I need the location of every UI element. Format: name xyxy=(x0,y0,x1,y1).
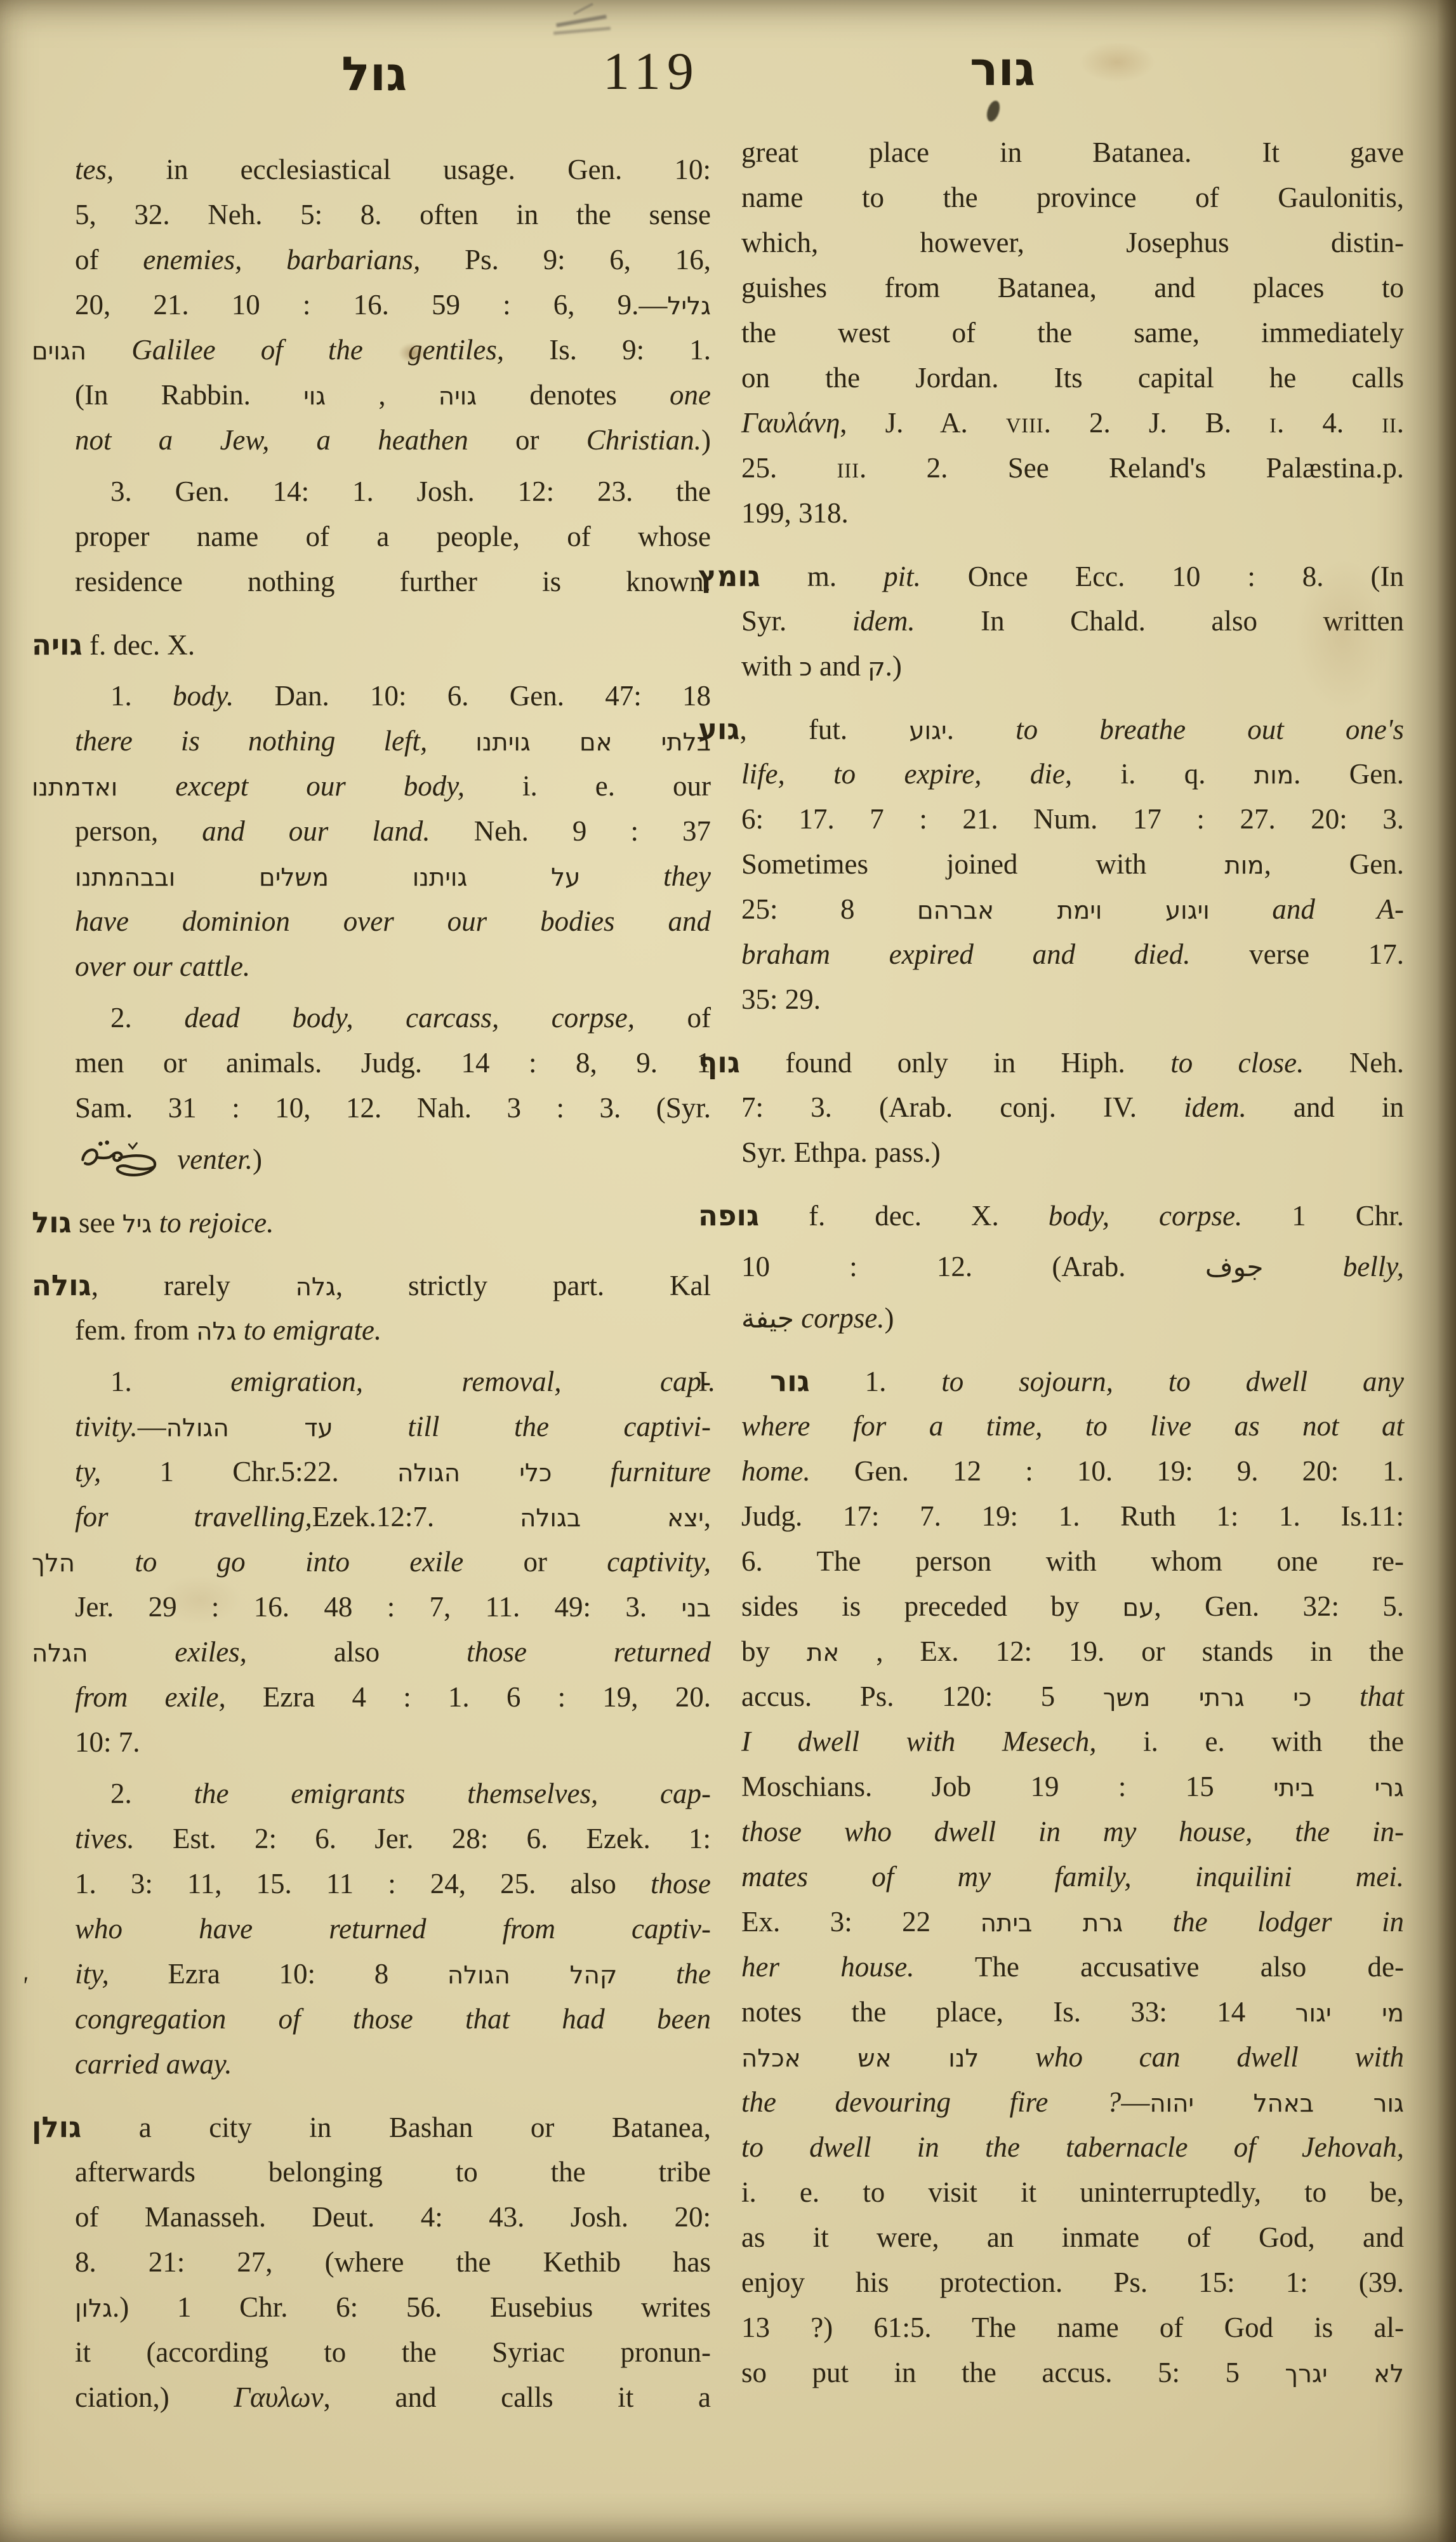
text-segment: The accusative also de- xyxy=(914,1951,1404,1983)
text-line: from exile, Ezra 4 : 1. 6 : 19, 20. xyxy=(75,1675,711,1720)
text-line: 199, 318. xyxy=(741,491,1404,536)
italic-text: captivity, xyxy=(607,1546,711,1578)
text-line: ciation,) Γαυλων, and calls it a xyxy=(75,2375,711,2420)
text-line: person, and our land. Neh. 9 : 37 xyxy=(75,809,711,854)
italic-text: body. xyxy=(173,680,234,712)
text-line: the west of the same, immediately xyxy=(741,310,1404,356)
italic-text: to emigrate. xyxy=(244,1314,381,1346)
text-segment xyxy=(152,1207,159,1239)
text-line: afterwards belonging to the tribe xyxy=(75,2150,711,2195)
italic-text: to breathe out one's xyxy=(1016,714,1404,745)
text-segment: 7: 3. (Arab. conj. IV. xyxy=(741,1091,1184,1123)
italic-text: and A- xyxy=(1272,893,1404,925)
text-line: לנו אש אכלה who can dwell with xyxy=(741,2035,1404,2080)
hebrew-text: בלתי אם גויתנו xyxy=(475,728,711,757)
text-line: on the Jordan. Its capital he calls xyxy=(741,356,1404,401)
roman-numeral: III xyxy=(837,460,859,482)
text-segment xyxy=(1264,1251,1343,1282)
text-segment: men or animals. Judg. 14 : 8, 9. 1 xyxy=(75,1047,711,1079)
italic-text: the devouring fire ? xyxy=(741,2086,1121,2118)
text-segment: Neh. 9 : 37 xyxy=(430,815,711,847)
text-segment xyxy=(1210,893,1272,925)
arabic-text: جيفة xyxy=(741,1303,794,1334)
text-line: 20, 21. 10 : 16. 59 : 6, 9.—גליל xyxy=(75,283,711,328)
text-line: הגוים Galilee of the gentiles, Is. 9: 1. xyxy=(32,328,711,373)
hebrew-text: גלה xyxy=(196,1317,236,1346)
hebrew-text: לנו אש אכלה xyxy=(741,2044,979,2073)
italic-text: body, corpse. xyxy=(1049,1200,1242,1232)
text-segment: 35: 29. xyxy=(741,983,821,1015)
text-segment: great place in Batanea. It gave xyxy=(741,136,1404,168)
text-segment xyxy=(333,1411,408,1442)
text-line: גויה f. dec. X. xyxy=(32,622,711,667)
text-segment: residence nothing further is known. xyxy=(75,566,711,597)
text-segment: by xyxy=(741,1635,807,1667)
hebrew-text: את xyxy=(807,1639,839,1667)
text-line: 1. 3: 11, 15. 11 : 24, 25. also those xyxy=(75,1861,711,1906)
text-line: tes, in ecclesiastical usage. Gen. 10: xyxy=(75,147,711,192)
text-segment: Ezek.12:7. xyxy=(312,1501,520,1533)
text-line: men or animals. Judg. 14 : 8, 9. 1 xyxy=(75,1041,711,1086)
pencil-smudge xyxy=(553,27,611,35)
text-segment: , Gen. xyxy=(1264,848,1404,880)
text-segment: or xyxy=(468,424,586,456)
italic-text: those who dwell in my house, the in- xyxy=(741,1816,1404,1847)
text-segment: 6: 17. 7 : 21. Num. 17 : 27. 20: 3. xyxy=(741,803,1404,835)
text-segment xyxy=(580,860,663,892)
text-segment: 2. xyxy=(110,1778,194,1809)
text-segment: Jer. 29 : 16. 48 : 7, 11. 49: 3. xyxy=(75,1591,681,1623)
text-line: to dwell in the tabernacle of Jehovah, xyxy=(741,2125,1404,2170)
roman-numeral: II xyxy=(1382,415,1397,437)
text-segment xyxy=(1311,1680,1360,1712)
text-line: גומץ m. pit. Once Ecc. 10 : 8. (In xyxy=(698,554,1404,599)
text-segment xyxy=(617,1958,676,1990)
text-segment: of xyxy=(75,244,143,276)
right-column: great place in Batanea. It gavename to t… xyxy=(741,130,1404,2395)
italic-text: to rejoice. xyxy=(159,1207,274,1239)
italic-text: who can dwell with xyxy=(1035,2041,1404,2073)
text-line: have dominion over our bodies and xyxy=(75,899,711,944)
text-line: mates of my family, inquilini mei. xyxy=(741,1854,1404,1900)
italic-text: furniture xyxy=(611,1456,711,1487)
hebrew-text: כלי הגולה xyxy=(397,1459,552,1487)
hebrew-headword: גול xyxy=(32,1206,72,1239)
text-segment: 5, 32. Neh. 5: 8. often in the sense xyxy=(75,199,711,230)
text-line: as it were, an inmate of God, and xyxy=(741,2215,1404,2260)
italic-text: the lodger in xyxy=(1173,1906,1404,1938)
greek-text: Γαυλων xyxy=(234,2381,323,2413)
italic-text: till the captivi- xyxy=(407,1411,711,1442)
text-segment: found only in Hiph. xyxy=(740,1047,1170,1079)
text-line: tivity.—עד הגולה till the captivi- xyxy=(75,1404,711,1449)
text-segment: afterwards belonging to the tribe xyxy=(75,2156,711,2188)
text-line: 10 : 12. (Arab. جوف belly, xyxy=(741,1244,1404,1289)
text-segment: .) xyxy=(885,650,902,682)
text-segment: Neh. xyxy=(1304,1047,1404,1079)
italic-text: except our body, xyxy=(175,770,465,802)
text-segment: person, xyxy=(75,815,202,847)
italic-text: those returned xyxy=(467,1636,711,1668)
text-segment xyxy=(552,1456,610,1487)
text-line: of Manasseh. Deut. 4: 43. Josh. 20: xyxy=(75,2195,711,2240)
text-line: 5, 32. Neh. 5: 8. often in the sense xyxy=(75,192,711,237)
text-line: I. גור 1. to sojourn, to dwell any xyxy=(698,1359,1404,1404)
text-segment: 2. xyxy=(110,1002,184,1034)
italic-text: Christian. xyxy=(586,424,701,456)
text-segment: — xyxy=(1121,2086,1149,2118)
italic-text: those xyxy=(651,1868,711,1900)
stray-mark: ' xyxy=(22,1971,27,2000)
hebrew-text: עד הגולה xyxy=(166,1414,333,1442)
text-line: notes the place, Is. 33: 14 מי יגור xyxy=(741,1990,1404,2035)
text-segment: accus. Ps. 120: 5 xyxy=(741,1680,1103,1712)
text-line: tives. Est. 2: 6. Jer. 28: 6. Ezek. 1: xyxy=(75,1816,711,1861)
text-segment: 3. Gen. 14: 1. Josh. 12: 23. the xyxy=(110,476,711,507)
text-line: גול see גיל to rejoice. xyxy=(32,1200,711,1245)
text-segment: I. xyxy=(698,1366,770,1397)
text-line: גוע, fut. יגוע. to breathe out one's xyxy=(698,707,1404,752)
hebrew-text: ואדמתנו xyxy=(32,773,117,802)
text-segment: , strictly part. Kal xyxy=(336,1270,711,1301)
text-segment: in ecclesiastical usage. Gen. 10: xyxy=(114,154,711,185)
hebrew-text: גיל xyxy=(122,1210,152,1239)
page-edge-shadow xyxy=(1437,0,1456,2542)
italic-text: to close. xyxy=(1170,1047,1304,1079)
text-line: הגלה exiles, also those returned xyxy=(32,1630,711,1675)
text-line: it (according to the Syriac pronun- xyxy=(75,2330,711,2375)
text-segment: 20, 21. 10 : 16. 59 : 6, 9.— xyxy=(75,289,667,321)
text-segment: m. xyxy=(760,561,884,592)
italic-text: I dwell with Mesech, xyxy=(741,1726,1097,1757)
text-line: جيفة corpse.) xyxy=(741,1296,1404,1341)
greek-text: Γαυλάνη xyxy=(741,407,840,439)
text-line: the devouring fire ?—גור באהל יהוה xyxy=(741,2080,1404,2125)
hebrew-text: יצא בגולה xyxy=(520,1504,704,1533)
text-segment xyxy=(979,2041,1035,2073)
text-segment: i. e. with the xyxy=(1097,1726,1404,1757)
text-line: הלך to go into exile or captivity, xyxy=(32,1540,711,1585)
text-segment: on the Jordan. Its capital he calls xyxy=(741,362,1404,394)
text-line: there is nothing left, בלתי אם גויתנו xyxy=(75,719,711,764)
hebrew-text: קהל הגולה xyxy=(447,1961,617,1990)
text-segment: 25. xyxy=(741,452,837,484)
text-line: enjoy his protection. Ps. 15: 1: (39. xyxy=(741,2260,1404,2305)
text-line: by את , Ex. 12: 19. or stands in the xyxy=(741,1629,1404,1674)
text-segment: Ezra 10: 8 xyxy=(109,1958,447,1990)
text-segment: of xyxy=(635,1002,711,1034)
pencil-smudge xyxy=(556,15,607,27)
text-line: Sometimes joined with מות, Gen. xyxy=(741,842,1404,887)
hebrew-text: הגוים xyxy=(32,337,86,366)
text-line: i. e. to visit it uninterruptedly, to be… xyxy=(741,2170,1404,2215)
text-segment: 13 ?) 61:5. The name of God is al- xyxy=(741,2312,1404,2343)
hebrew-text: גור באהל יהוה xyxy=(1149,2089,1404,2118)
text-segment: Gen. 12 : 10. 19: 9. 20: 1. xyxy=(811,1455,1404,1487)
italic-text: tivity. xyxy=(75,1411,138,1442)
text-line: congregation of those that had been xyxy=(75,1997,711,2042)
text-line: residence nothing further is known. xyxy=(75,559,711,604)
book-page: גול 119 גור tes, in ecclesiastical usage… xyxy=(0,0,1456,2542)
text-segment: verse 17. xyxy=(1190,938,1404,970)
text-line: over our cattle. xyxy=(75,944,711,989)
text-line: Γαυλάνη, J. A. VIII. 2. J. B. I. 4. II. xyxy=(741,401,1404,446)
text-segment: or xyxy=(463,1546,607,1578)
text-segment: , and calls it a xyxy=(324,2381,711,2413)
hebrew-headword: גופה xyxy=(698,1199,759,1232)
italic-text: carried away. xyxy=(75,2048,232,2080)
text-segment: and in xyxy=(1247,1091,1404,1123)
text-line: life, to expire, die, i. q. מות. Gen. xyxy=(741,752,1404,797)
text-line: 8. 21: 27, (where the Kethib has xyxy=(75,2240,711,2285)
text-line: Moschians. Job 19 : 15 גרי ביתי xyxy=(741,1764,1404,1809)
text-segment: see xyxy=(72,1207,122,1239)
text-segment: f. dec. X. xyxy=(83,629,195,661)
text-line: Ex. 3: 22 גרת ביתה the lodger in xyxy=(741,1900,1404,1945)
hebrew-text: גרת ביתה xyxy=(981,1909,1123,1938)
text-line: 2. the emigrants themselves, cap- xyxy=(110,1771,711,1816)
italic-text: over our cattle. xyxy=(75,950,250,982)
text-segment: — xyxy=(138,1411,166,1442)
text-segment: . 2. J. B. xyxy=(1044,407,1269,439)
hebrew-headword: גויה xyxy=(32,628,83,662)
text-line: 10: 7. xyxy=(75,1720,711,1765)
text-segment: , Ex. 12: 19. or stands in the xyxy=(839,1635,1404,1667)
text-line: those who dwell in my house, the in- xyxy=(741,1809,1404,1854)
text-segment: 1. xyxy=(110,680,173,712)
text-segment: Once Ecc. 10 : 8. (In xyxy=(921,561,1404,592)
hebrew-text: הלך xyxy=(32,1549,75,1578)
text-segment: , Gen. 32: 5. xyxy=(1154,1590,1404,1622)
italic-text: to dwell in the tabernacle of Jehovah, xyxy=(741,2131,1404,2163)
text-line: home. Gen. 12 : 10. 19: 9. 20: 1. xyxy=(741,1449,1404,1494)
italic-text: Galilee of the gentiles, xyxy=(131,334,504,366)
text-segment: ) xyxy=(884,1302,894,1334)
text-segment: a city in Bashan or Batanea, xyxy=(81,2112,711,2143)
italic-text: not a Jew, a heathen xyxy=(75,424,468,456)
hebrew-headword: גולה xyxy=(32,1268,91,1302)
hebrew-text: גליל xyxy=(667,292,711,321)
text-line: 35: 29. xyxy=(741,977,1404,1022)
text-line: 6. The person with whom one re- xyxy=(741,1539,1404,1584)
text-segment xyxy=(1123,1906,1172,1938)
text-segment: 6. The person with whom one re- xyxy=(741,1545,1404,1577)
text-segment: Est. 2: 6. Jer. 28: 6. Ezek. 1: xyxy=(135,1823,711,1854)
text-segment: Syr. xyxy=(741,605,852,637)
italic-text: belly, xyxy=(1343,1251,1404,1282)
fox-stain xyxy=(1079,42,1155,83)
roman-numeral: VIII xyxy=(1006,415,1044,437)
italic-text: dead body, carcass, corpse, xyxy=(184,1002,635,1034)
italic-text: to sojourn, to dwell any xyxy=(941,1366,1404,1397)
text-segment: proper name of a people, of whose xyxy=(75,521,711,552)
italic-text: enemies, barbarians, xyxy=(143,244,420,276)
text-segment xyxy=(75,1546,135,1578)
text-segment: the west of the same, immediately xyxy=(741,317,1404,349)
text-segment: 199, 318. xyxy=(741,497,849,529)
italic-text: exiles, xyxy=(175,1636,247,1668)
text-line: which, however, Josephus distin- xyxy=(741,220,1404,265)
italic-text: life, to expire, die, xyxy=(741,758,1072,790)
text-line: accus. Ps. 120: 5 כי גרתי משך that xyxy=(741,1674,1404,1719)
italic-text: and our land. xyxy=(202,815,430,847)
italic-text: home. xyxy=(741,1455,811,1487)
italic-text: have dominion over our bodies and xyxy=(75,905,711,937)
text-line: גלון.) 1 Chr. 6: 56. Eusebius writes xyxy=(75,2285,711,2330)
italic-text: to go into exile xyxy=(135,1546,463,1578)
text-segment: Dan. 10: 6. Gen. 47: 18 xyxy=(234,680,711,712)
text-segment: 10: 7. xyxy=(75,1726,140,1758)
hebrew-text: גויה xyxy=(439,382,477,411)
text-segment xyxy=(236,1314,243,1346)
text-segment: . Gen. xyxy=(1294,758,1404,790)
text-segment: Ex. 3: 22 xyxy=(741,1906,981,1938)
text-segment: of Manasseh. Deut. 4: 43. Josh. 20: xyxy=(75,2201,711,2233)
hebrew-text: לא יגרך xyxy=(1285,2360,1404,2388)
running-head-left-hebrew: גול xyxy=(341,47,407,102)
text-segment xyxy=(88,1636,175,1668)
text-line: גופה f. dec. X. body, corpse. 1 Chr. xyxy=(698,1193,1404,1238)
text-segment: , J. A. xyxy=(840,407,1006,439)
text-segment: fem. from xyxy=(75,1314,196,1346)
hebrew-text: יגוע xyxy=(909,717,946,745)
hebrew-text: גרי ביתי xyxy=(1273,1774,1404,1802)
italic-text: congregation of those that had been xyxy=(75,2003,711,2035)
pencil-smudge xyxy=(573,3,593,15)
text-line: fem. from גלה to emigrate. xyxy=(75,1308,711,1353)
text-segment: . xyxy=(947,714,1016,745)
hebrew-text: מות xyxy=(1254,761,1294,790)
text-line: Syr. idem. In Chald. also written xyxy=(741,599,1404,644)
text-segment: 1. xyxy=(110,1366,230,1397)
text-segment: and xyxy=(812,650,868,682)
arabic-text: جوف xyxy=(1205,1251,1264,1282)
text-line: Jer. 29 : 16. 48 : 7, 11. 49: 3. בני xyxy=(75,1585,711,1630)
hebrew-text: ק xyxy=(868,653,885,682)
italic-text: for travelling, xyxy=(75,1501,312,1533)
text-segment: , fut. xyxy=(740,714,910,745)
text-line: ity, Ezra 10: 8 קהל הגולה the xyxy=(75,1952,711,1997)
text-line: 25: 8 ויגוע וימת אברהם and A- xyxy=(741,887,1404,932)
text-segment: , xyxy=(704,1501,711,1533)
text-segment: 1 Chr. xyxy=(1242,1200,1404,1232)
italic-text: who have returned from captiv- xyxy=(75,1913,711,1945)
text-segment: sides is preceded by xyxy=(741,1590,1123,1622)
text-segment: with xyxy=(741,650,799,682)
hebrew-text: ויגוע וימת אברהם xyxy=(917,896,1210,925)
text-line: 25. III. 2. See Reland's Palæstina.p. xyxy=(741,446,1404,491)
text-segment: 1. 3: 11, 15. 11 : 24, 25. also xyxy=(75,1868,651,1900)
italic-text: idem. xyxy=(852,605,915,637)
hebrew-text: גוי xyxy=(303,382,326,411)
text-segment xyxy=(427,725,475,757)
text-line: not a Jew, a heathen or Christian.) xyxy=(75,418,711,463)
italic-text: that xyxy=(1360,1680,1404,1712)
text-segment: also xyxy=(247,1636,467,1668)
text-line: who have returned from captiv- xyxy=(75,1906,711,1952)
italic-text: tives. xyxy=(75,1823,135,1854)
text-segment: Sometimes joined with xyxy=(741,848,1224,880)
text-line: Sam. 31 : 10, 12. Nah. 3 : 3. (Syr. xyxy=(75,1086,711,1131)
text-line: 3. Gen. 14: 1. Josh. 12: 23. the xyxy=(110,469,711,514)
italic-text: pit. xyxy=(884,561,921,592)
text-line: name to the province of Gaulonitis, xyxy=(741,175,1404,220)
text-line: 2. dead body, carcass, corpse, of xyxy=(110,995,711,1041)
ink-blot-icon xyxy=(984,99,1002,123)
text-segment xyxy=(117,770,175,802)
hebrew-headword: גולן xyxy=(32,2110,81,2144)
italic-text: one xyxy=(670,379,711,411)
text-segment: it (according to the Syriac pronun- xyxy=(75,2336,711,2368)
text-segment: ) xyxy=(701,424,711,456)
italic-text: from exile, xyxy=(75,1681,226,1713)
text-line: carried away. xyxy=(75,2042,711,2087)
text-line: על גויתנו משלים ובבהמתנו they xyxy=(75,854,711,899)
italic-text: corpse. xyxy=(801,1302,884,1334)
text-segment: i. e. to visit it uninterruptedly, to be… xyxy=(741,2176,1404,2208)
text-line: braham expired and died. verse 17. xyxy=(741,932,1404,977)
syriac-word xyxy=(75,1143,177,1175)
text-line: 1. emigration, removal, cap- xyxy=(110,1359,711,1404)
text-line: 6: 17. 7 : 21. Num. 17 : 27. 20: 3. xyxy=(741,797,1404,842)
text-line: for travelling,Ezek.12:7. יצא בגולה, xyxy=(75,1494,711,1540)
text-line: great place in Batanea. It gave xyxy=(741,130,1404,175)
text-line: ואדמתנו except our body, i. e. our xyxy=(32,764,711,809)
text-segment: . xyxy=(1397,407,1404,439)
text-line: Syr. Ethpa. pass.) xyxy=(741,1130,1404,1175)
hebrew-text: מות xyxy=(1224,851,1264,880)
text-segment: i. q. xyxy=(1072,758,1254,790)
hebrew-text: מי יגור xyxy=(1295,1999,1404,2028)
text-line: 7: 3. (Arab. conj. IV. idem. and in xyxy=(741,1085,1404,1130)
hebrew-text: עם xyxy=(1123,1594,1155,1622)
text-segment: Is. 9: 1. xyxy=(504,334,711,366)
text-segment: denotes xyxy=(477,379,670,411)
text-segment: Ps. 9: 6, 16, xyxy=(420,244,711,276)
left-column: tes, in ecclesiastical usage. Gen. 10:5,… xyxy=(75,147,711,2420)
italic-text: ty, xyxy=(75,1456,101,1487)
text-segment: 1. xyxy=(810,1366,942,1397)
text-segment: .) 1 Chr. 6: 56. Eusebius writes xyxy=(112,2291,711,2323)
text-segment: 1 Chr.5:22. xyxy=(101,1456,397,1487)
text-line: sides is preceded by עם, Gen. 32: 5. xyxy=(741,1584,1404,1629)
text-line: גוף found only in Hiph. to close. Neh. xyxy=(698,1040,1404,1085)
text-line: proper name of a people, of whose xyxy=(75,514,711,559)
text-line: her house. The accusative also de- xyxy=(741,1945,1404,1990)
text-segment: so put in the accus. 5: 5 xyxy=(741,2357,1285,2388)
text-segment: 8. 21: 27, (where the Kethib has xyxy=(75,2246,711,2278)
hebrew-headword: גור xyxy=(770,1364,810,1398)
italic-text: where for a time, to live as not at xyxy=(741,1410,1404,1442)
text-segment: 25: 8 xyxy=(741,893,917,925)
text-line: 13 ?) 61:5. The name of God is al- xyxy=(741,2305,1404,2350)
hebrew-headword: גוף xyxy=(698,1046,740,1079)
italic-text: ity, xyxy=(75,1958,109,1990)
running-head-right-hebrew: גור xyxy=(970,42,1035,96)
text-segment xyxy=(794,1302,801,1334)
text-segment: (In Rabbin. xyxy=(75,379,303,411)
text-segment: guishes from Batanea, and places to xyxy=(741,272,1404,303)
text-segment: Judg. 17: 7. 19: 1. Ruth 1: 1. Is.11: xyxy=(741,1500,1404,1532)
hebrew-text: גלה xyxy=(296,1273,336,1301)
text-segment: notes the place, Is. 33: 14 xyxy=(741,1996,1295,2028)
text-segment: . 2. See Reland's Palæstina.p. xyxy=(859,452,1404,484)
text-segment: ) xyxy=(253,1143,262,1175)
text-line: where for a time, to live as not at xyxy=(741,1404,1404,1449)
hebrew-text: כ xyxy=(799,653,812,682)
text-segment xyxy=(86,334,131,366)
roman-numeral: I xyxy=(1269,415,1277,437)
